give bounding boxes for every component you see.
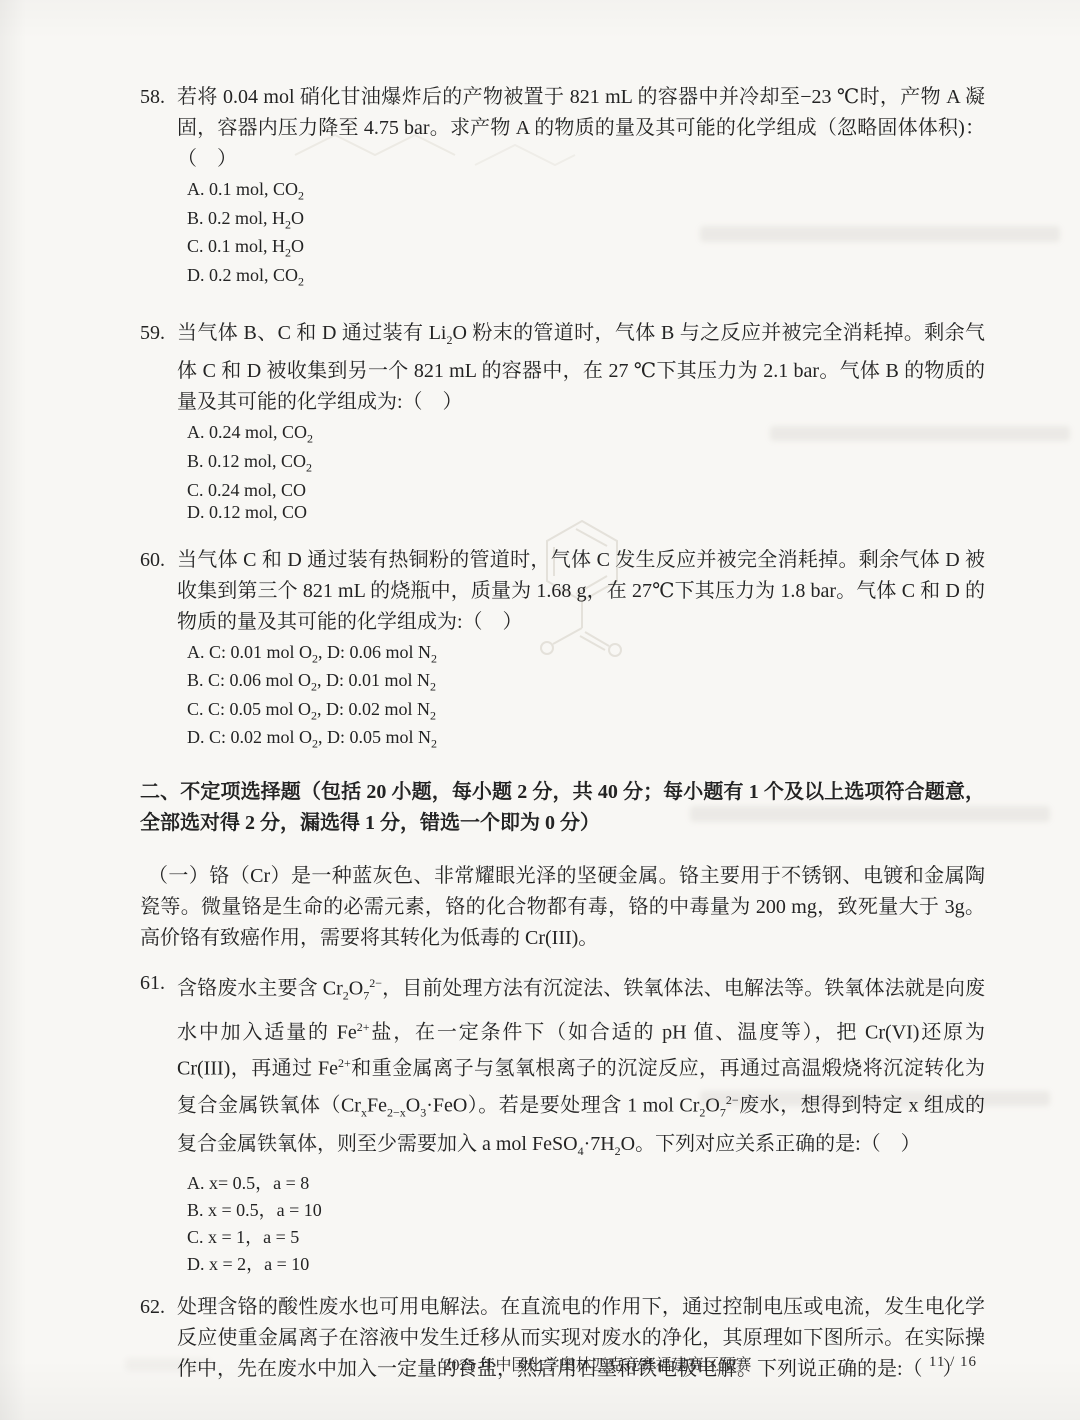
question-61-option-a: A. x= 0.5，a = 8 [187, 1170, 985, 1197]
question-60-option-b: B. C: 0.06 mol O2, D: 0.01 mol N2 [187, 669, 985, 698]
question-61-stem: 含铬废水主要含 Cr2O72−，目前处理方法有沉淀法、铁氧体法、电解法等。铁氧体… [177, 968, 985, 1167]
question-61-options: A. x= 0.5，a = 8 B. x = 0.5，a = 10 C. x =… [140, 1170, 985, 1278]
question-59-stem: 当气体 B、C 和 D 通过装有 Li2O 粉末的管道时，气体 B 与之反应并被… [177, 318, 985, 418]
question-60-options: A. C: 0.01 mol O2, D: 0.06 mol N2 B. C: … [140, 641, 985, 755]
question-60-stem: 当气体 C 和 D 通过装有热铜粉的管道时，气体 C 发生反应并被完全消耗掉。剩… [177, 545, 985, 638]
section-2-part-1-intro: （一）铬（Cr）是一种蓝灰色、非常耀眼光泽的坚硬金属。铬主要用于不锈钢、电镀和金… [140, 861, 985, 954]
question-60: 60. 当气体 C 和 D 通过装有热铜粉的管道时，气体 C 发生反应并被完全消… [140, 545, 985, 755]
scanned-exam-page: { "questions": [ { "number": "58.", "ste… [0, 0, 1080, 1420]
question-59-options: A. 0.24 mol, CO2 B. 0.12 mol, CO2 C. 0.2… [140, 421, 985, 522]
question-58-option-a: A. 0.1 mol, CO2 [187, 178, 985, 207]
question-61-option-d: D. x = 2，a = 10 [187, 1251, 985, 1278]
question-60-option-c: C. C: 0.05 mol O2, D: 0.02 mol N2 [187, 698, 985, 727]
question-61-option-c: C. x = 1，a = 5 [187, 1224, 985, 1251]
question-58-option-c: C. 0.1 mol, H2O [187, 235, 985, 264]
footer-page-number: 11 / 16 [929, 1354, 977, 1371]
question-59-option-d: D. 0.12 mol, CO [187, 501, 985, 523]
question-58: 58. 若将 0.04 mol 硝化甘油爆炸后的产物被置于 821 mL 的容器… [140, 82, 985, 292]
question-62-number: 62. [140, 1292, 177, 1323]
question-59: 59. 当气体 B、C 和 D 通过装有 Li2O 粉末的管道时，气体 B 与之… [140, 318, 985, 522]
question-61-option-b: B. x = 0.5，a = 10 [187, 1197, 985, 1224]
question-58-option-b: B. 0.2 mol, H2O [187, 207, 985, 236]
question-59-option-a: A. 0.24 mol, CO2 [187, 421, 985, 450]
page-content: 58. 若将 0.04 mol 硝化甘油爆炸后的产物被置于 821 mL 的容器… [140, 82, 985, 1385]
question-61-number: 61. [140, 968, 177, 999]
question-60-option-a: A. C: 0.01 mol O2, D: 0.06 mol N2 [187, 641, 985, 670]
footer-exam-title: 2025 年中国化学奥林匹克竞赛福建赛区预赛 [140, 1352, 985, 1375]
section-2-heading: 二、不定项选择题（包括 20 小题，每小题 2 分，共 40 分；每小题有 1 … [140, 777, 985, 839]
question-59-option-b: B. 0.12 mol, CO2 [187, 450, 985, 479]
question-58-stem: 若将 0.04 mol 硝化甘油爆炸后的产物被置于 821 mL 的容器中并冷却… [177, 82, 985, 175]
question-58-options: A. 0.1 mol, CO2 B. 0.2 mol, H2O C. 0.1 m… [140, 178, 985, 292]
question-61: 61. 含铬废水主要含 Cr2O72−，目前处理方法有沉淀法、铁氧体法、电解法等… [140, 968, 985, 1278]
question-59-number: 59. [140, 318, 177, 349]
question-58-number: 58. [140, 82, 177, 113]
question-60-option-d: D. C: 0.02 mol O2, D: 0.05 mol N2 [187, 726, 985, 755]
question-60-number: 60. [140, 545, 177, 576]
question-58-option-d: D. 0.2 mol, CO2 [187, 264, 985, 293]
question-59-option-c: C. 0.24 mol, CO [187, 479, 985, 501]
